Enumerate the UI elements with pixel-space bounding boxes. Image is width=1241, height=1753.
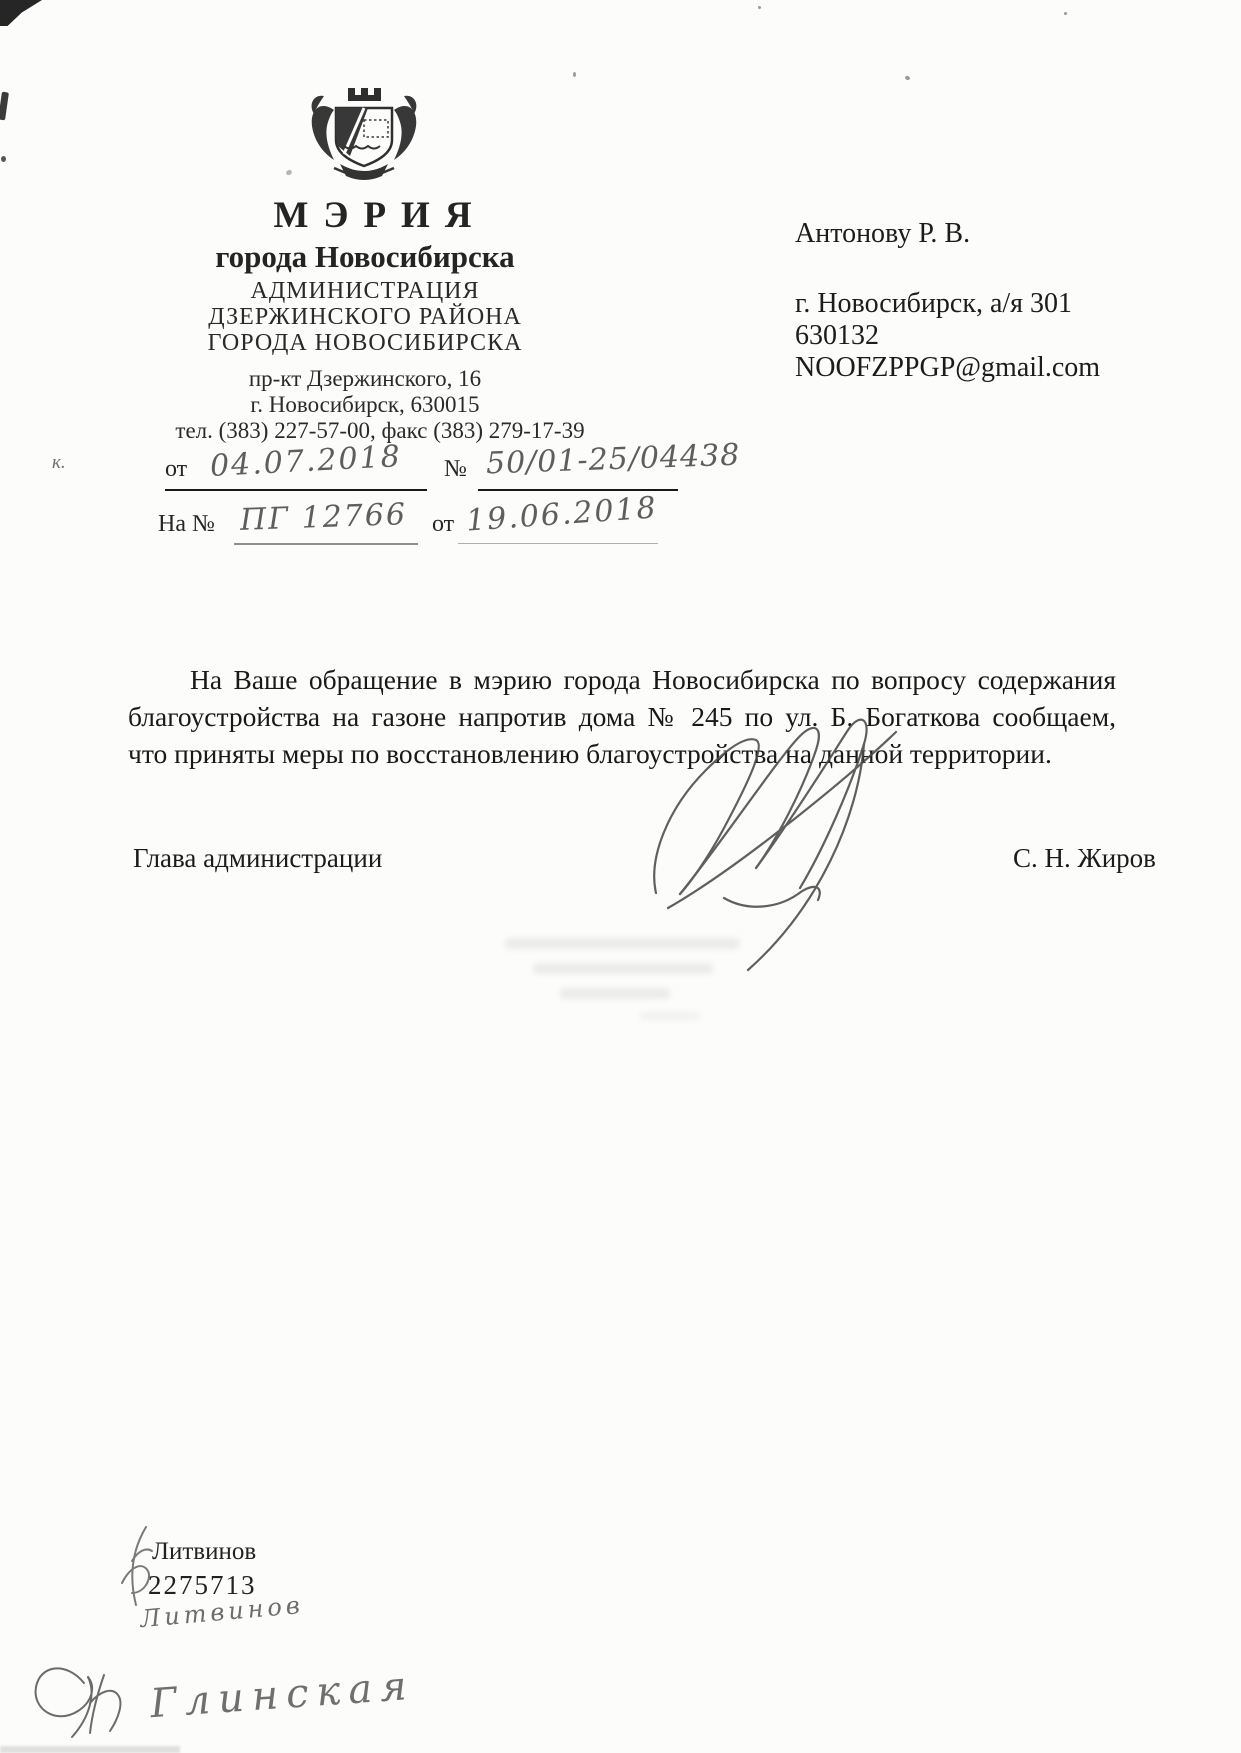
body-line: На Ваше обращение в мэрию города Новосиб…	[128, 664, 1116, 696]
org-dept-line: ГОРОДА НОВОСИБИРСКА	[100, 330, 630, 357]
body-line: благоустройства на газоне напротив дома …	[128, 701, 1116, 733]
incoming-date-label: от	[432, 511, 454, 538]
scan-speck	[573, 72, 576, 77]
recipient-name: Антонову Р. В.	[795, 218, 970, 250]
scan-speck	[758, 6, 761, 9]
scan-edge-artifact	[0, 92, 9, 121]
scan-corner-artifact	[0, 0, 42, 26]
org-dept-line: ДЗЕРЖИНСКОГО РАЙОНА	[100, 304, 630, 331]
signature-scribble-icon	[628, 698, 928, 978]
recipient-city: г. Новосибирск, а/я 301	[795, 288, 1072, 320]
scanned-letter-page: к. МЭРИЯ города Новосибирска АДМИНИСТРАЦ…	[0, 0, 1241, 1753]
blank-line	[234, 543, 418, 545]
incoming-date-handwritten: 19.06.2018	[465, 490, 659, 538]
outgoing-number-label: №	[444, 456, 467, 483]
blank-line	[458, 543, 658, 544]
scan-margin-mark: к.	[52, 452, 66, 474]
recipient-postcode: 630132	[795, 320, 879, 352]
executor-name: Литвинов	[152, 1538, 256, 1566]
org-address-line1: пр-кт Дзержинского, 16	[100, 366, 630, 392]
registrar-signature-flourish-icon	[26, 1652, 146, 1744]
scan-speck	[904, 75, 910, 80]
incoming-number-label: На №	[158, 511, 215, 538]
org-dept-line: АДМИНИСТРАЦИЯ	[100, 278, 630, 305]
recipient-email: NOOFZPPGP@gmail.com	[795, 352, 1100, 384]
signer-position-title: Глава администрации	[133, 843, 382, 874]
blank-line	[165, 489, 427, 491]
scan-smudge	[640, 1012, 700, 1020]
scan-speck	[1064, 12, 1067, 15]
scan-edge-dot	[1, 156, 6, 162]
outgoing-number-handwritten: 50/01-25/04438	[485, 438, 740, 482]
scan-speck	[285, 169, 293, 176]
org-address-line2: г. Новосибирск, 630015	[100, 392, 630, 418]
org-title: МЭРИЯ	[100, 194, 645, 237]
outgoing-date-handwritten: 04.07.2018	[209, 439, 402, 484]
incoming-number-handwritten: ПГ 12766	[239, 497, 407, 538]
novosibirsk-coat-of-arms-icon	[304, 84, 424, 192]
org-subtitle: города Новосибирска	[100, 239, 630, 275]
scan-bottom-shade	[0, 1746, 180, 1753]
signer-name: С. Н. Жиров	[1013, 843, 1156, 874]
outgoing-date-label: от	[165, 456, 187, 483]
scan-smudge	[560, 988, 670, 999]
registrar-signature-handwritten: Глинская	[149, 1663, 416, 1727]
body-line: что приняты меры по восстановлению благо…	[128, 738, 1116, 770]
